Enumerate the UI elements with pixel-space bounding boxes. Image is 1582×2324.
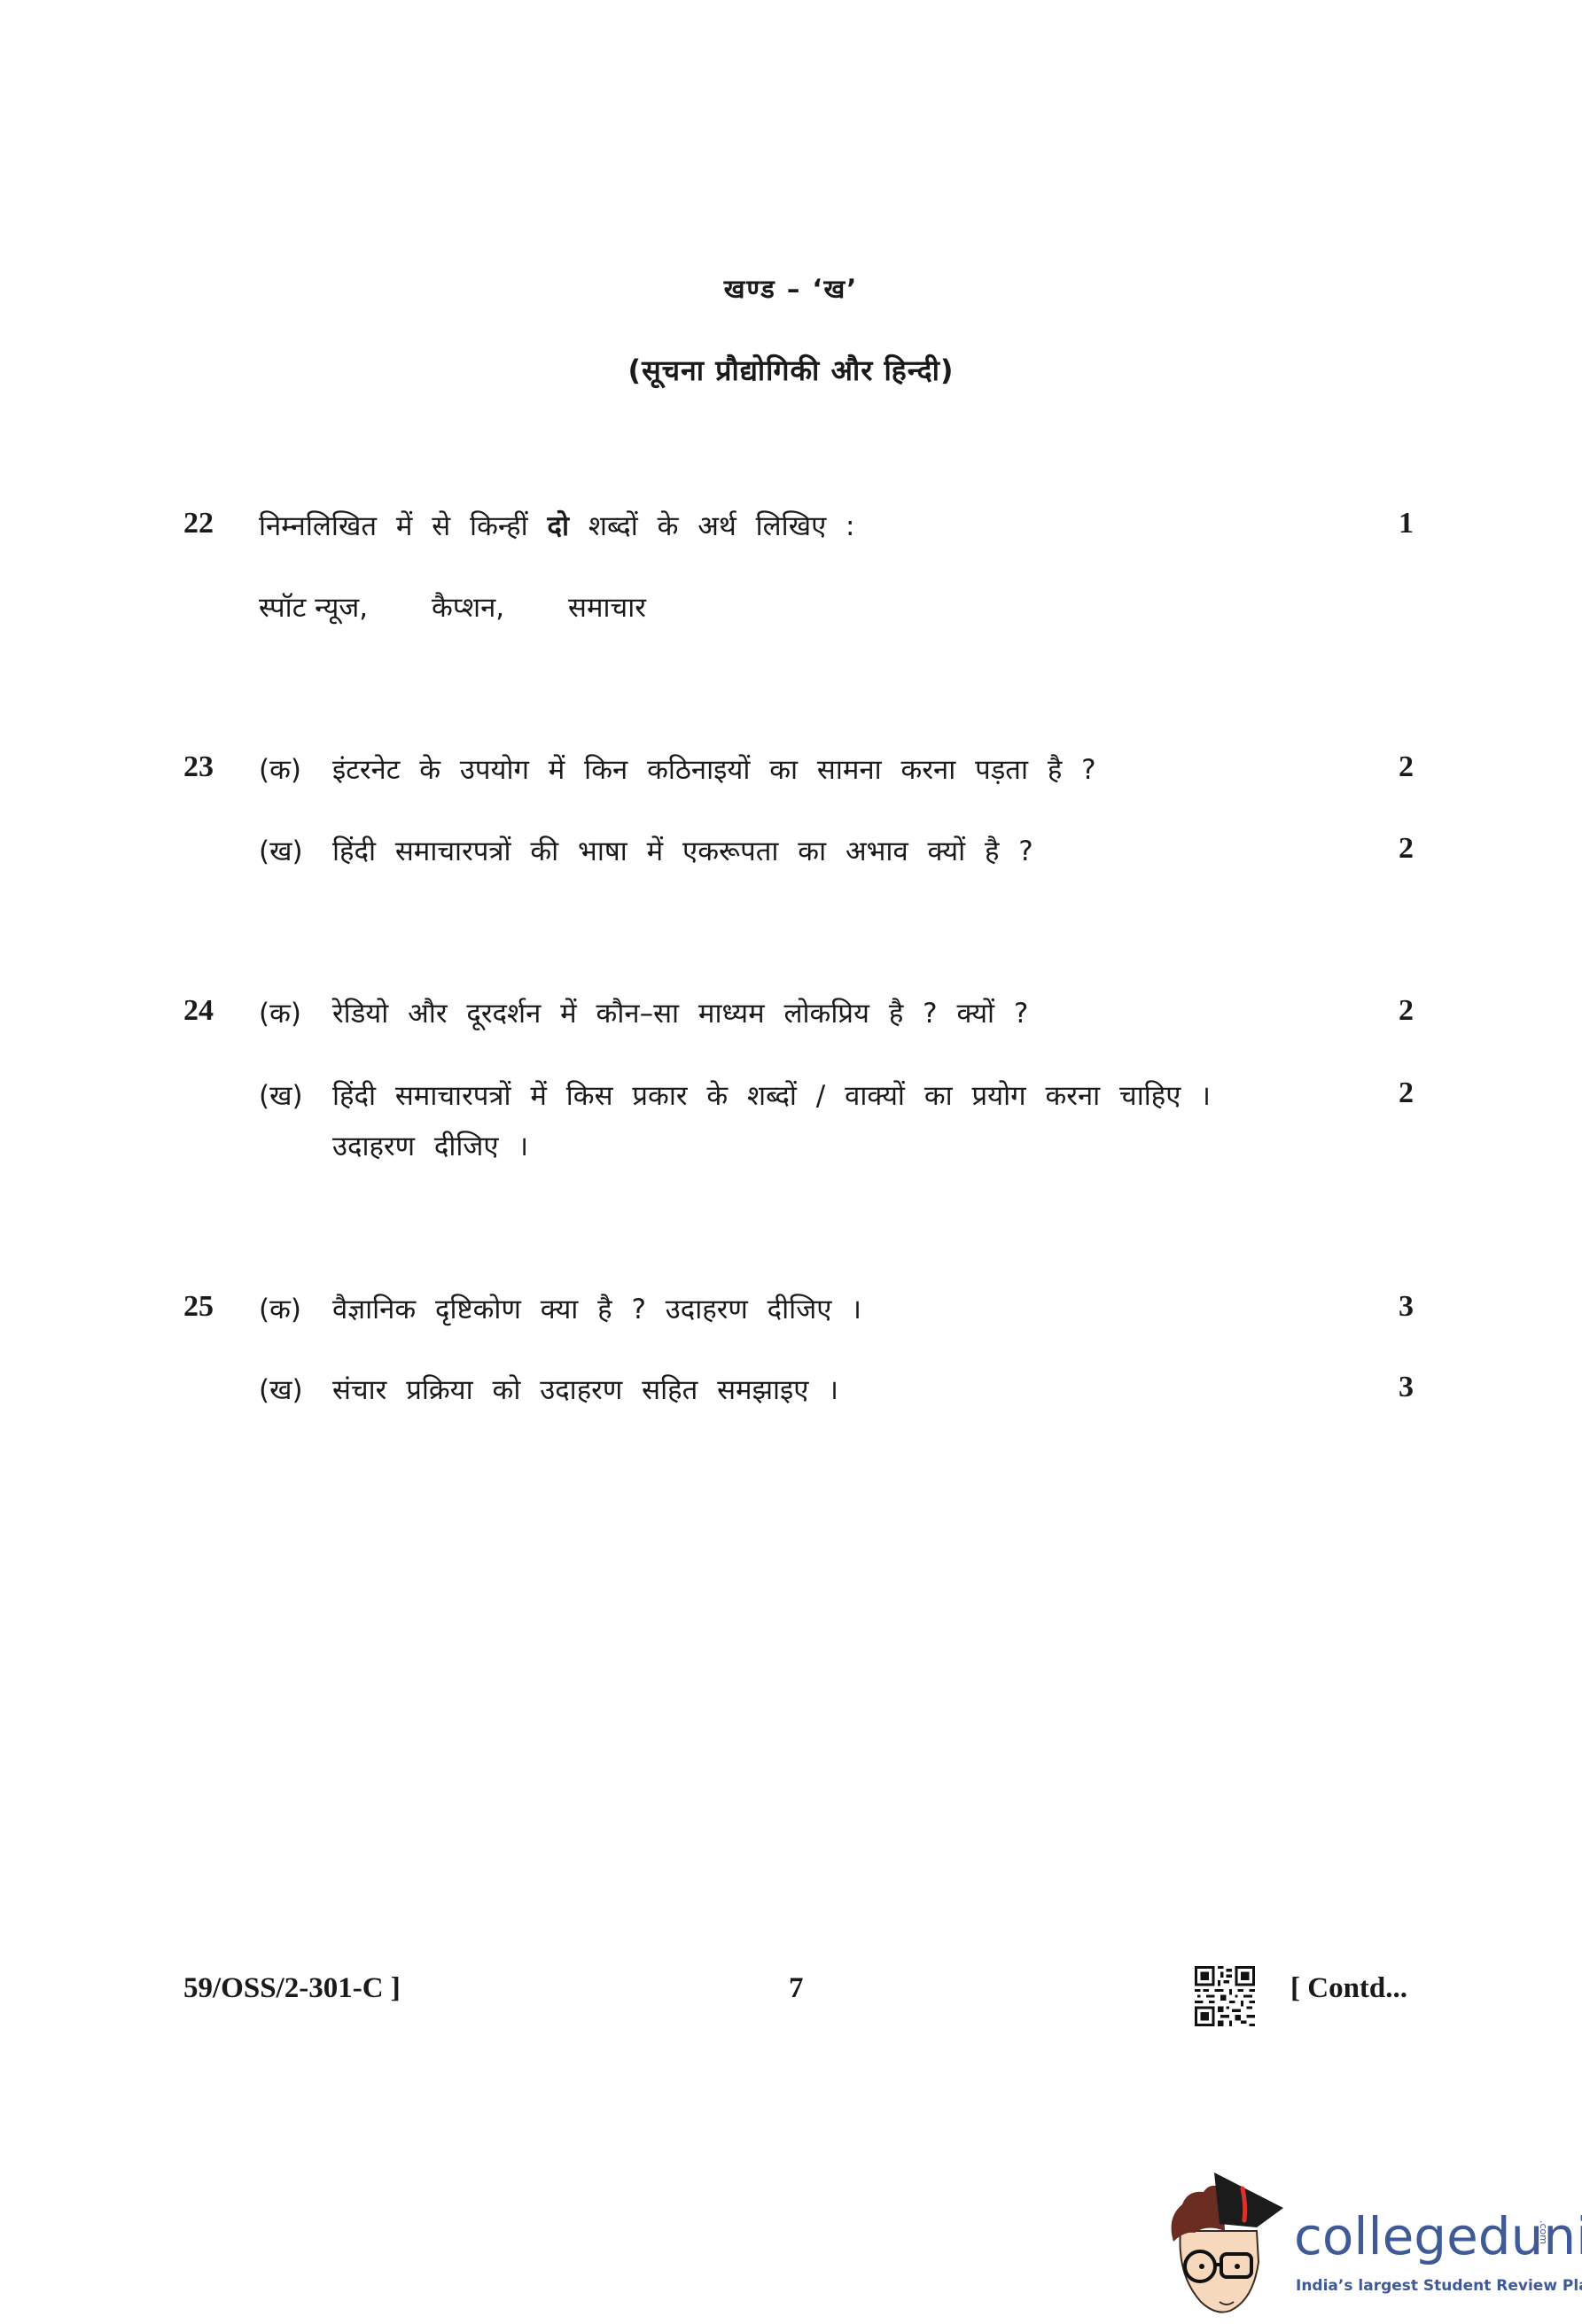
question-text-before: निम्नलिखित में से किन्हीं (259, 510, 528, 542)
part-marks: 2 (1399, 994, 1414, 1028)
part-label: (क) (259, 994, 301, 1031)
part-text: वैज्ञानिक दृष्टिकोण क्या है ? उदाहरण दीज… (332, 1290, 861, 1327)
part-text: रेडियो और दूरदर्शन में कौन–सा माध्यम लोक… (332, 994, 1028, 1031)
part-label: (क) (259, 1290, 301, 1327)
question-number: 22 (183, 507, 214, 540)
section-title: खण्ड – ‘ख’ (0, 271, 1582, 306)
paper-code: 59/OSS/2-301-C ] (183, 1972, 401, 2005)
continued-label: [ Contd... (1290, 1972, 1407, 2005)
part-text-continued: उदाहरण दीजिए । (332, 1127, 528, 1164)
brand-domain-suffix: .com (1538, 2220, 1549, 2244)
question-number: 25 (183, 1290, 214, 1324)
part-text: हिंदी समाचारपत्रों में किस प्रकार के शब्… (332, 1077, 1211, 1114)
part-marks: 3 (1399, 1290, 1414, 1324)
part-label: (ख) (259, 1077, 303, 1114)
question-text-emphasis: दो (548, 510, 570, 542)
part-label: (ख) (259, 832, 303, 869)
page-number: 7 (789, 1972, 804, 2005)
section-subtitle: (सूचना प्रौद्योगिकी और हिन्दी) (0, 351, 1582, 389)
word-option: स्पॉट न्यूज, (259, 592, 368, 624)
question-number: 23 (183, 750, 214, 784)
question-text: निम्नलिखित में से किन्हीं दो शब्दों के अ… (259, 507, 855, 544)
part-label: (क) (259, 750, 301, 788)
part-marks: 2 (1399, 832, 1414, 866)
student-mascot-icon (1161, 2169, 1294, 2320)
word-options: स्पॉट न्यूज, कैप्शन, समाचार (259, 588, 701, 626)
part-label: (ख) (259, 1371, 303, 1408)
word-option: समाचार (568, 592, 646, 624)
part-text: इंटरनेट के उपयोग में किन कठिनाइयों का सा… (332, 750, 1096, 788)
collegedunia-logo: collegedunia .com India’s largest Studen… (1161, 2169, 1569, 2320)
brand-tagline: India’s largest Student Review Platform (1296, 2277, 1582, 2295)
question-marks: 1 (1399, 507, 1414, 540)
part-marks: 3 (1399, 1371, 1414, 1404)
question-text-after: शब्दों के अर्थ लिखिए : (588, 510, 855, 542)
part-marks: 2 (1399, 750, 1414, 784)
qr-code-icon (1195, 1965, 1255, 2027)
question-number: 24 (183, 994, 214, 1028)
part-marks: 2 (1399, 1077, 1414, 1110)
word-option: कैप्शन, (432, 592, 504, 624)
part-text: संचार प्रक्रिया को उदाहरण सहित समझाइए । (332, 1371, 838, 1408)
part-text: हिंदी समाचारपत्रों की भाषा में एकरूपता क… (332, 832, 1033, 869)
